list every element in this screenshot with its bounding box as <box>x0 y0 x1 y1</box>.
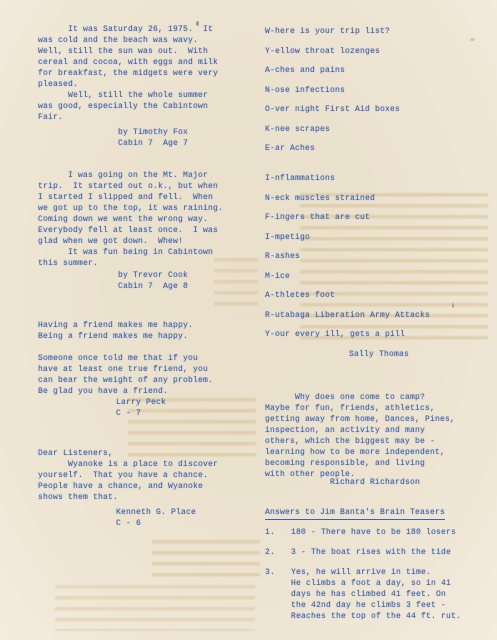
acrostic-line: M-ice <box>265 271 493 282</box>
brain-teasers-heading: Answers to Jim Banta's Brain Teasers <box>265 507 445 520</box>
acrostic-line: K-nee scrapes <box>265 124 493 135</box>
answer-number: 3. <box>265 567 291 622</box>
acrostic-line: Y-our every ill, gets a pill <box>265 329 493 340</box>
answer-number: 2. <box>265 547 291 558</box>
byline-richard-richardson: Richard Richardson <box>330 477 493 488</box>
why-come-to-camp: Why does one come to camp? Maybe for fun… <box>265 392 493 480</box>
friend-quote: Someone once told me that if you have at… <box>38 353 256 397</box>
answer-item: 1. 180 - There have to be 180 losers <box>265 527 493 538</box>
acrostic-line: F-ingers that are cut <box>265 212 493 223</box>
acrostic-line: N-ose infections <box>265 85 493 96</box>
acrostic-line: N-eck muscles strained <box>265 193 493 204</box>
byline-trevor-cook: by Trevor Cook Cabin 7 Age 8 <box>118 270 256 292</box>
bleed-through-text <box>55 585 255 631</box>
byline-larry-peck: Larry Peck C - 7 <box>116 397 256 419</box>
acrostic-line: A-ches and pains <box>265 65 493 76</box>
answer-number: 1. <box>265 527 291 538</box>
acrostic-line: R-utabaga Liberation Army Attacks <box>265 310 493 321</box>
story-cabintown-fair: It was Saturday 26, 1975. It was cold an… <box>38 24 256 123</box>
answer-item: 2. 3 - The boat rises with the tide <box>265 547 493 558</box>
acrostic-line: R-ashes <box>265 251 493 262</box>
acrostic-wyanoke: W-here is your trip list? Y-ellow throat… <box>265 26 493 154</box>
acrostic-line: W-here is your trip list? <box>265 26 493 37</box>
acrostic-line: I-nflammations <box>265 173 493 184</box>
answer-text: 180 - There have to be 180 losers <box>291 527 493 538</box>
acrostic-line: A-thletes foot <box>265 290 493 301</box>
friend-couplet: Having a friend makes me happy. Being a … <box>38 320 256 342</box>
answer-item: 3. Yes, he will arrive in time. He climb… <box>265 567 493 622</box>
acrostic-line: O-ver night First Aid boxes <box>265 104 493 115</box>
byline-kenneth-place: Kenneth G. Place C - 6 <box>116 507 256 529</box>
byline-timothy-fox: by Timothy Fox Cabin 7 Age 7 <box>118 127 256 149</box>
acrostic-line: I-mpetigo <box>265 232 493 243</box>
brain-teaser-answers: 1. 180 - There have to be 180 losers 2. … <box>265 527 493 622</box>
story-mt-major-trip: I was going on the Mt. Major trip. It st… <box>38 170 256 269</box>
bleed-through-text <box>152 540 260 578</box>
answer-text: 3 - The boat rises with the tide <box>291 547 493 558</box>
byline-sally-thomas: Sally Thomas <box>349 349 493 360</box>
right-column: W-here is your trip list? Y-ellow throat… <box>265 0 493 631</box>
newsletter-scanned-page: It was Saturday 26, 1975. It was cold an… <box>0 0 497 640</box>
answer-text: Yes, he will arrive in time. He climbs a… <box>291 567 493 622</box>
dear-listeners-note: Dear Listeners, Wyanoke is a place to di… <box>38 448 256 503</box>
acrostic-infirmary: I-nflammations N-eck muscles strained F-… <box>265 173 493 340</box>
acrostic-line: Y-ellow throat lozenges <box>265 46 493 57</box>
acrostic-line: E-ar Aches <box>265 143 493 154</box>
left-column: It was Saturday 26, 1975. It was cold an… <box>38 0 256 529</box>
